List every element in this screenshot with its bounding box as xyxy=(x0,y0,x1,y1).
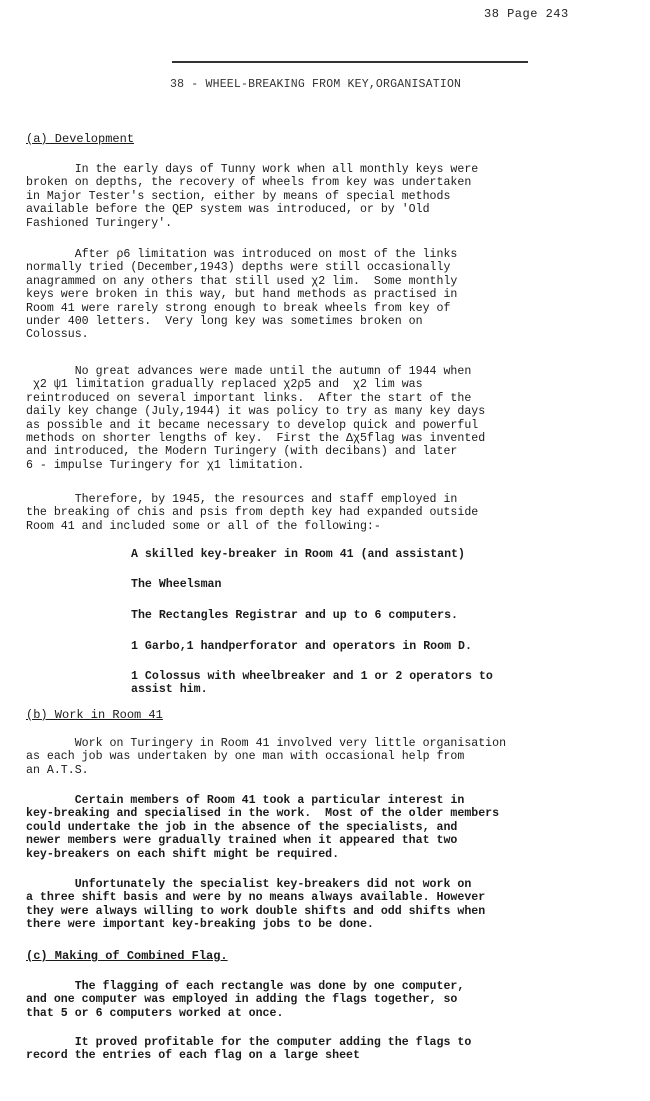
text-line: It proved profitable for the computer ad… xyxy=(26,1036,631,1049)
text-line: Work on Turingery in Room 41 involved ve… xyxy=(26,737,631,750)
text-line: the breaking of chis and psis from depth… xyxy=(26,506,631,519)
text-line: daily key change (July,1944) it was poli… xyxy=(26,405,631,418)
text-line: in Major Tester's section, either by mea… xyxy=(26,190,631,203)
paragraph-a2: After ρ6 limitation was introduced on mo… xyxy=(26,248,631,342)
text-line: 6 - impulse Turingery for χ1 limitation. xyxy=(26,459,631,472)
paragraph-c1: The flagging of each rectangle was done … xyxy=(26,980,631,1020)
paragraph-c2: It proved profitable for the computer ad… xyxy=(26,1036,631,1063)
section-heading-development: (a) Development xyxy=(26,133,631,146)
text-line: Room 41 were rarely strong enough to bre… xyxy=(26,302,631,315)
text-line: Colossus. xyxy=(26,328,631,341)
text-line: could undertake the job in the absence o… xyxy=(26,821,631,834)
list-item: A skilled key-breaker in Room 41 (and as… xyxy=(131,548,465,561)
text-line: that 5 or 6 computers worked at once. xyxy=(26,1007,631,1020)
text-line: Fashioned Turingery'. xyxy=(26,217,631,230)
text-line: χ2 ψ1 limitation gradually replaced χ2ρ5… xyxy=(26,378,631,391)
text-line: newer members were gradually trained whe… xyxy=(26,834,631,847)
text-line: reintroduced on several important links.… xyxy=(26,392,631,405)
text-line: available before the QEP system was intr… xyxy=(26,203,631,216)
text-line: an A.T.S. xyxy=(26,764,631,777)
text-line: there were important key-breaking jobs t… xyxy=(26,918,631,931)
text-line: In the early days of Tunny work when all… xyxy=(26,163,631,176)
text-line: Room 41 and included some or all of the … xyxy=(26,520,631,533)
paragraph-a4: Therefore, by 1945, the resources and st… xyxy=(26,493,631,533)
page-number: 38 Page 243 xyxy=(484,8,569,21)
list-item: 1 Garbo,1 handperforator and operators i… xyxy=(131,640,472,653)
text-line: under 400 letters. Very long key was som… xyxy=(26,315,631,328)
list-item: The Wheelsman xyxy=(131,578,221,591)
text-line: as possible and it became necessary to d… xyxy=(26,419,631,432)
text-line: a three shift basis and were by no means… xyxy=(26,891,631,904)
text-line: The flagging of each rectangle was done … xyxy=(26,980,631,993)
text-line: normally tried (December,1943) depths we… xyxy=(26,261,631,274)
text-line: anagrammed on any others that still used… xyxy=(26,275,631,288)
text-line: Unfortunately the specialist key-breaker… xyxy=(26,878,631,891)
list-item: 1 Colossus with wheelbreaker and 1 or 2 … xyxy=(131,670,493,697)
text-line: and one computer was employed in adding … xyxy=(26,993,631,1006)
list-item: The Rectangles Registrar and up to 6 com… xyxy=(131,609,458,622)
text-line: methods on shorter lengths of key. First… xyxy=(26,432,631,445)
text-line: as each job was undertaken by one man wi… xyxy=(26,750,631,763)
paragraph-b2: Certain members of Room 41 took a partic… xyxy=(26,794,631,861)
paragraph-b3: Unfortunately the specialist key-breaker… xyxy=(26,878,631,932)
text-line: and introduced, the Modern Turingery (wi… xyxy=(26,445,631,458)
text-line: key-breaking and specialised in the work… xyxy=(26,807,631,820)
text-line: Certain members of Room 41 took a partic… xyxy=(26,794,631,807)
paragraph-a3: No great advances were made until the au… xyxy=(26,365,631,472)
title-rule xyxy=(172,61,528,63)
paragraph-a1: In the early days of Tunny work when all… xyxy=(26,163,631,230)
text-line: key-breakers on each shift might be requ… xyxy=(26,848,631,861)
text-line: broken on depths, the recovery of wheels… xyxy=(26,176,631,189)
page-title: 38 - WHEEL-BREAKING FROM KEY,ORGANISATIO… xyxy=(170,78,530,91)
text-line: After ρ6 limitation was introduced on mo… xyxy=(26,248,631,261)
text-line: No great advances were made until the au… xyxy=(26,365,631,378)
text-line: keys were broken in this way, but hand m… xyxy=(26,288,631,301)
paragraph-b1: Work on Turingery in Room 41 involved ve… xyxy=(26,737,631,777)
text-line: Therefore, by 1945, the resources and st… xyxy=(26,493,631,506)
section-heading-making-of-combined-flag: (c) Making of Combined Flag. xyxy=(26,950,631,963)
text-line: they were always willing to work double … xyxy=(26,905,631,918)
text-line: record the entries of each flag on a lar… xyxy=(26,1049,631,1062)
section-heading-work-in-room-41: (b) Work in Room 41 xyxy=(26,709,631,722)
